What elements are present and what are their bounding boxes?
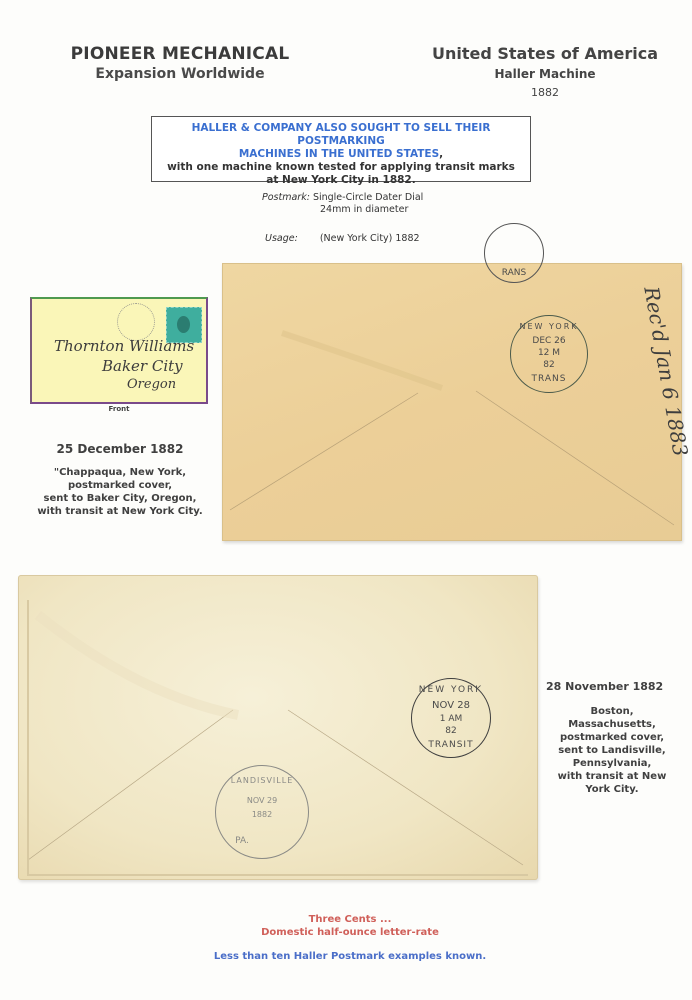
cover-1-date: 25 December 1882 [24,442,216,456]
desc-line: with transit at New York City. [24,505,216,518]
postmark-info: Postmark: Single-Circle Dater Dial 24mm … [262,192,423,216]
front-address-line1: Thornton Williams [54,337,194,355]
cancel-year: 82 [511,360,587,370]
front-address-line3: Oregon [127,377,176,392]
rate-line2: Domestic half-ounce letter-rate [180,926,520,939]
cover-2-date: 28 November 1882 [546,680,682,693]
stamp-portrait [177,316,190,333]
intro-body-line1: with one machine known tested for applyi… [152,161,530,174]
cancel-time: 12 M [511,348,587,358]
desc-line: sent to Landisville, [542,744,682,757]
desc-line: "Chappaqua, New York, [24,466,216,479]
desc-line: Massachusetts, [542,718,682,731]
desc-line: York City. [542,783,682,796]
desc-line: postmarked cover, [542,731,682,744]
receiving-year: 1882 [216,810,308,820]
receiving-date: NOV 29 [216,796,308,806]
intro-text-box: HALLER & COMPANY ALSO SOUGHT TO SELL THE… [151,116,531,182]
receiving-state: PA. [176,836,308,846]
cover-1-front-thumbnail: Thornton Williams Baker City Oregon [30,297,208,404]
cancel-bottom-arc: TRANS [511,374,587,384]
cancel-year: 82 [412,726,490,736]
cover-2-back-image: NEW YORK NOV 28 1 AM 82 TRANSIT LANDISVI… [18,575,538,880]
new-york-transit-cancel: NEW YORK DEC 26 12 M 82 TRANS [510,315,588,393]
exhibit-subtitle: Expansion Worldwide [60,66,300,82]
cancel-date: DEC 26 [511,336,587,346]
rarity-note: Less than ten Haller Postmark examples k… [150,951,550,962]
usage-value: (New York City) 1882 [320,233,420,244]
envelope-flap-lines [222,263,682,541]
front-address-line2: Baker City [102,357,183,375]
usage-label: Usage: [265,233,298,244]
intro-highlight-line1: HALLER & COMPANY ALSO SOUGHT TO SELL THE… [152,122,530,148]
desc-line: Boston, [542,705,682,718]
postage-rate-note: Three Cents ... Domestic half-ounce lett… [180,913,520,939]
postmark-value-line2: 24mm in diameter [262,204,423,216]
landisville-receiving-cancel: LANDISVILLE NOV 29 1882 PA. [215,765,309,859]
front-cancel-mark [117,303,155,341]
desc-line: Pennsylvania, [542,757,682,770]
intro-body-line2: at New York City in 1882. [152,174,530,187]
machine-title: Haller Machine [430,67,660,81]
cover-1-text: "Chappaqua, New York, postmarked cover, … [24,466,216,518]
partial-transit-cancel: RANS [484,223,544,283]
cancel-top-arc: NEW YORK [412,685,490,695]
new-york-transit-cancel: NEW YORK NOV 28 1 AM 82 TRANSIT [411,678,491,758]
receiving-arc: LANDISVILLE [216,776,308,786]
cancel-top-arc: NEW YORK [511,322,587,332]
exhibit-title: PIONEER MECHANICAL [60,44,300,64]
desc-line: with transit at New [542,770,682,783]
cover-2-description: 28 November 1882 Boston, Massachusetts, … [542,680,682,796]
cancel-date: NOV 28 [412,701,490,711]
cancel-time: 1 AM [412,714,490,724]
intro-highlight-punct: , [439,148,443,160]
usage-info: Usage:(New York City) 1882 [265,233,420,244]
cover-1-description: 25 December 1882 "Chappaqua, New York, p… [24,442,216,518]
partial-cancel-text: RANS [485,268,543,278]
exhibit-header-right: United States of America Haller Machine … [430,44,660,99]
desc-line: postmarked cover, [24,479,216,492]
front-caption: Front [30,405,208,413]
rate-line1: Three Cents ... [180,913,520,926]
year-label: 1882 [430,86,660,99]
intro-highlight-line2: MACHINES IN THE UNITED STATES, [152,148,530,161]
cover-1-back-image: RANS NEW YORK DEC 26 12 M 82 TRANS Rec'd… [222,263,682,541]
cancel-bottom-arc: TRANSIT [412,740,490,750]
cover-2-text: Boston, Massachusetts, postmarked cover,… [542,705,682,796]
postmark-value-line1: Single-Circle Dater Dial [313,192,423,203]
intro-highlight-line2-text: MACHINES IN THE UNITED STATES [239,148,439,160]
postmark-label: Postmark: [262,192,310,203]
country-title: United States of America [430,44,660,63]
exhibit-header-left: PIONEER MECHANICAL Expansion Worldwide [60,44,300,82]
desc-line: sent to Baker City, Oregon, [24,492,216,505]
